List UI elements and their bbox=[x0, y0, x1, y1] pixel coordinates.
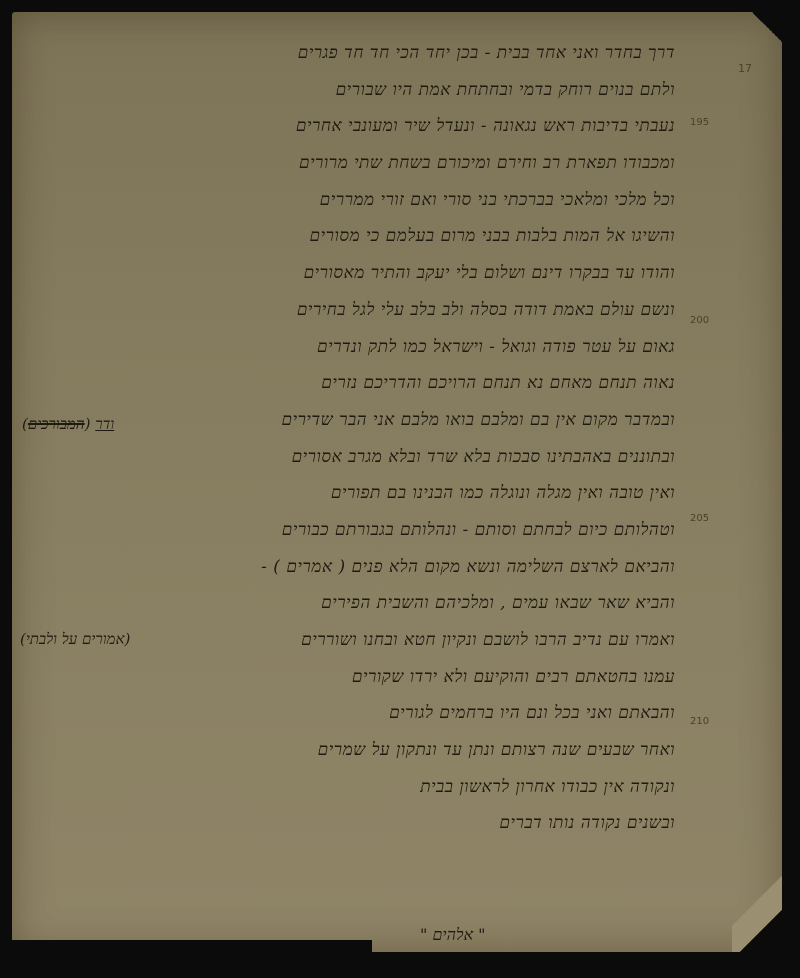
poem-text: דרך בחדר ואני אחד בבית - בכן יחד הכי חד … bbox=[175, 35, 675, 842]
text-line: גאום על עטר פודה וגואל - וישראל כמו לתק … bbox=[175, 329, 675, 366]
text-line: ובתוננים באהבתינו סבכות בלא שרד ובלא מגר… bbox=[175, 439, 675, 476]
text-line: ובשנים נקודה נותו דברים bbox=[175, 805, 675, 842]
closing-word: " אלהים " bbox=[420, 925, 486, 945]
struck-text: המבורכים bbox=[28, 415, 85, 433]
text-line: ואחר שבעים שנה רצותם ונתן עד ונתקון על ש… bbox=[175, 732, 675, 769]
margin-note-struck: ודר (המבורכים) bbox=[22, 415, 114, 434]
text-line: ואין טובה ואין מגלה ונוגלה כמו הבנינו בם… bbox=[175, 475, 675, 512]
text-line: ואמרו עם נדיב הרבו לושבם ונקיון חטא ובחנ… bbox=[175, 622, 675, 659]
text-line: ונקודה אין כבודו אחרון לראשון בבית bbox=[175, 769, 675, 806]
text-line: וטהלותם כיום לבחתם וסותם - ונהלותם בגבור… bbox=[175, 512, 675, 549]
text-line: ולתם בנוים רוחק בדמי ובחתחת אמת היו שבור… bbox=[175, 72, 675, 109]
line-number: 205 bbox=[690, 513, 709, 524]
text-line: והשיגו אל המות בלבות בבני מרום בעלמם כי … bbox=[175, 218, 675, 255]
torn-edge bbox=[12, 940, 372, 952]
text-line: והודו עד בבקרו דינם ושלום בלי יעקב והתיר… bbox=[175, 255, 675, 292]
text-line: דרך בחדר ואני אחד בבית - בכן יחד הכי חד … bbox=[175, 35, 675, 72]
text-line: ונשם עולם באמת דודה בסלה ולב בלב עלי לגל… bbox=[175, 292, 675, 329]
text-line: והביאם לארצם השלימה ונשא מקום הלא פנים (… bbox=[175, 549, 675, 586]
text-line: ובמדבר מקום אין בם ומלבם בואו מלבם אני ה… bbox=[175, 402, 675, 439]
text-line: עמנו בחטאתם רבים והוקיעם ולא ירדו שקורים bbox=[175, 659, 675, 696]
text-line: נאוה תנחם מאחם נא תנחם הרויכם והדריכם נז… bbox=[175, 365, 675, 402]
text-line: והבאתם ואני בכל ונם היו ברחמים לגורים bbox=[175, 695, 675, 732]
text-line: ומכבודו תפארת רב וחירם ומיכורם בשחת שתי … bbox=[175, 145, 675, 182]
text-line: נעבתי בדיבות ראש נגאונה - ונעדל שיר ומעו… bbox=[175, 108, 675, 145]
text-line: וכל מלכי ומלאכי בברכתי בני סורי ואם זורי… bbox=[175, 182, 675, 219]
margin-note-text: (אמורים על ולבתי) bbox=[20, 630, 130, 648]
line-number: 210 bbox=[690, 716, 709, 727]
text-line: והביא שאר שבאו עמים , ומלכיהם והשבית הפי… bbox=[175, 585, 675, 622]
line-number: 200 bbox=[690, 315, 709, 326]
margin-note-annotation: (אמורים על ולבתי) bbox=[20, 630, 130, 649]
line-number: 195 bbox=[690, 117, 709, 128]
margin-note-after: ודר bbox=[95, 415, 114, 433]
folio-number: 17 bbox=[738, 62, 752, 75]
